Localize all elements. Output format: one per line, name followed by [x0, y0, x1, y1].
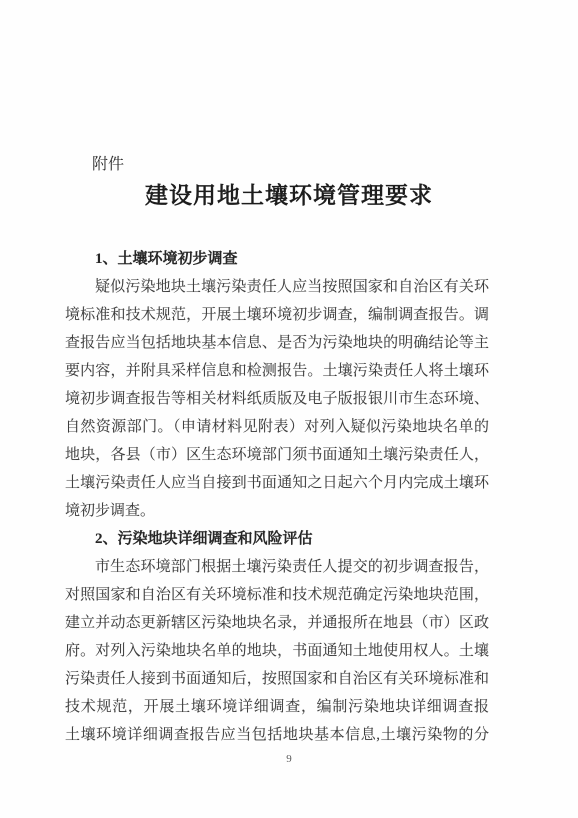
- paragraph-line: 疑似污染地块土壤污染责任人应当按照国家和自治区有关环: [65, 273, 489, 301]
- paragraph-line: 境初步调查。: [65, 497, 489, 525]
- page-number: 9: [0, 753, 578, 765]
- paragraph-line: 府。对列入污染地块名单的地块，书面通知土地使用权人。土壤: [65, 637, 489, 665]
- paragraph-line: 查报告应当包括地块基本信息、是否为污染地块的明确结论等主: [65, 329, 489, 357]
- paragraph-line: 地块，各县（市）区生态环境部门须书面通知土壤污染责任人，: [65, 441, 489, 469]
- paragraph-line: 境初步调查报告等相关材料纸质版及电子版报银川市生态环境、: [65, 385, 489, 413]
- paragraph-line: 境标准和技术规范，开展土壤环境初步调查，编制调查报告。调: [65, 301, 489, 329]
- paragraph-line: 自然资源部门。（申请材料见附表）对列入疑似污染地块名单的: [65, 413, 489, 441]
- paragraph-line: 市生态环境部门根据土壤污染责任人提交的初步调查报告，: [65, 553, 489, 581]
- paragraph-line: 土壤污染责任人应当自接到书面通知之日起六个月内完成土壤环: [65, 469, 489, 497]
- attachment-label: 附件: [92, 155, 124, 175]
- section-1-heading: 1、土壤环境初步调查: [65, 245, 489, 273]
- document-body: 1、土壤环境初步调查 疑似污染地块土壤污染责任人应当按照国家和自治区有关环 境标…: [65, 245, 489, 749]
- paragraph-line: 要内容，并附具采样信息和检测报告。土壤污染责任人将土壤环: [65, 357, 489, 385]
- paragraph-line: 污染责任人接到书面通知后，按照国家和自治区有关环境标准和: [65, 665, 489, 693]
- paragraph-line: 技术规范，开展土壤环境详细调查，编制污染地块详细调查报告。: [65, 693, 489, 721]
- document-title: 建设用地土壤环境管理要求: [0, 181, 578, 211]
- paragraph-line: 建立并动态更新辖区污染地块名录，并通报所在地县（市）区政: [65, 609, 489, 637]
- section-2-heading: 2、污染地块详细调查和风险评估: [65, 525, 489, 553]
- paragraph-line: 对照国家和自治区有关环境标准和技术规范确定污染地块范围，: [65, 581, 489, 609]
- paragraph-line: 土壤环境详细调查报告应当包括地块基本信息,土壤污染物的分: [65, 721, 489, 749]
- document-page: 附件 建设用地土壤环境管理要求 1、土壤环境初步调查 疑似污染地块土壤污染责任人…: [0, 0, 578, 818]
